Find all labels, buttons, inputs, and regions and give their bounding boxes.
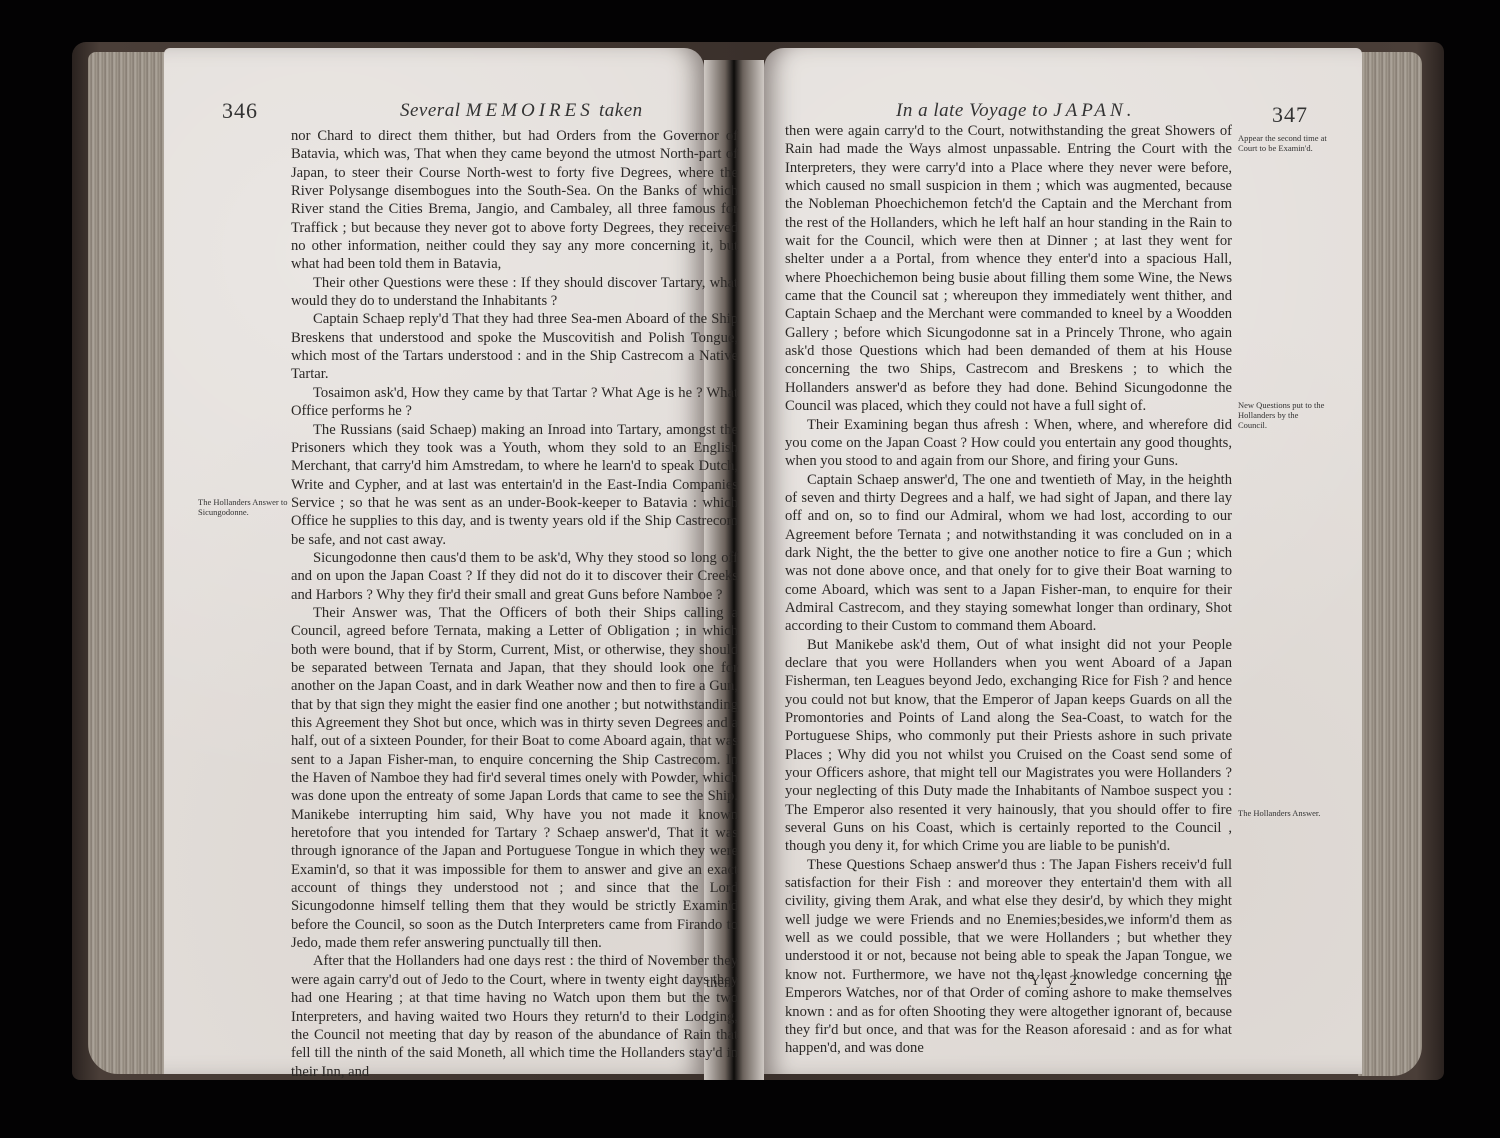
running-head-right-caps: JAPAN. <box>1053 100 1135 121</box>
paragraph: After that the Hollanders had one days r… <box>291 952 738 1080</box>
paragraph: Their other Questions were these : If th… <box>291 274 738 311</box>
paragraph: But Manikebe ask'd them, Out of what ins… <box>785 636 1232 856</box>
paragraph: These Questions Schaep answer'd thus : T… <box>785 856 1232 1058</box>
page-number-left: 346 <box>222 98 258 124</box>
page-edges-right <box>1358 52 1422 1076</box>
paragraph: The Russians (said Schaep) making an Inr… <box>291 421 738 549</box>
catchword-right: in <box>1216 973 1227 990</box>
margin-note-right-2: The Hollanders Answer. <box>1238 808 1328 818</box>
paragraph: Their Answer was, That the Officers of b… <box>291 604 738 953</box>
running-head-left-prefix: Several <box>400 100 466 121</box>
paragraph: then were again carry'd to the Court, no… <box>785 122 1232 416</box>
paragraph: Captain Schaep answer'd, The one and twe… <box>785 471 1232 636</box>
margin-note-left-0: The Hollanders Answer to Sicungodonne. <box>198 497 288 517</box>
signature-mark: Yy 2 <box>1030 973 1083 990</box>
paragraph: Captain Schaep reply'd That they had thr… <box>291 310 738 383</box>
paragraph: nor Chard to direct them thither, but ha… <box>291 127 738 274</box>
margin-note-right-1: New Questions put to the Hollanders by t… <box>1238 400 1328 430</box>
left-page-body: nor Chard to direct them thither, but ha… <box>291 127 738 1081</box>
running-head-left: Several MEMOIRES taken <box>400 100 643 122</box>
paragraph: Tosaimon ask'd, How they came by that Ta… <box>291 384 738 421</box>
right-page-body: then were again carry'd to the Court, no… <box>785 122 1232 1058</box>
running-head-right-prefix: In a late Voyage to <box>896 100 1053 121</box>
page-number-right: 347 <box>1272 102 1308 128</box>
running-head-right: In a late Voyage to JAPAN. <box>896 100 1135 122</box>
page-edges-left <box>88 52 166 1074</box>
running-head-left-suffix: taken <box>594 100 643 121</box>
margin-note-right-0: Appear the second time at Court to be Ex… <box>1238 133 1328 153</box>
catchword-left: then <box>706 975 731 992</box>
paragraph: Their Examining began thus afresh : When… <box>785 416 1232 471</box>
paragraph: Sicungodonne then caus'd them to be ask'… <box>291 549 738 604</box>
running-head-left-caps: MEMOIRES <box>466 100 594 121</box>
